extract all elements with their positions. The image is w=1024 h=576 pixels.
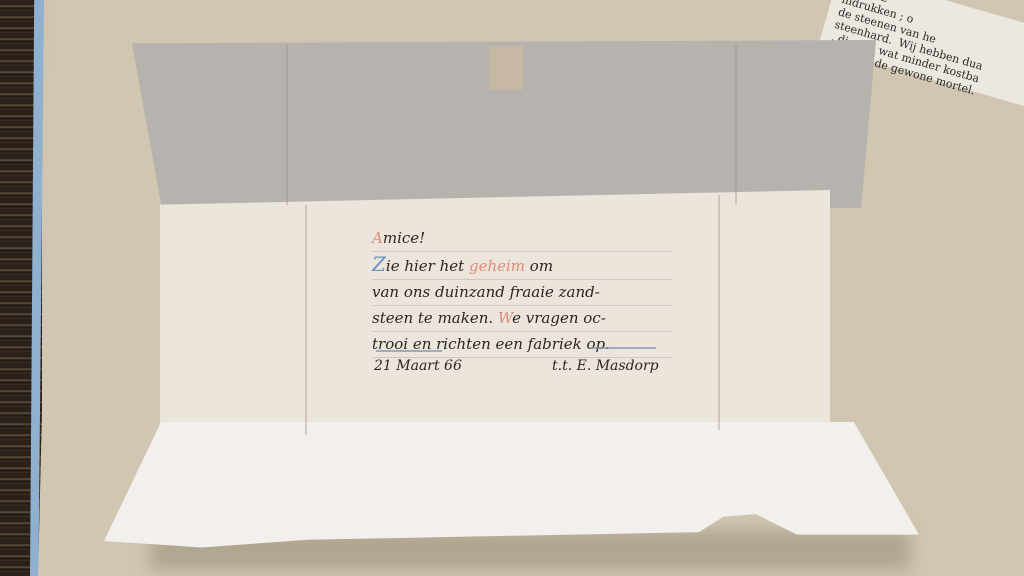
greeting-line: Amice! [372, 226, 672, 252]
handwritten-letter-text: Amice! Zie hier het geheim om van ons du… [372, 226, 672, 358]
decorative-initial: Z [372, 252, 386, 276]
red-initial: W [498, 309, 512, 327]
greeting-text: mice! [383, 229, 425, 247]
letter-line: steen te maken. We vragen oc- [372, 306, 672, 332]
blue-underline-right [590, 347, 656, 349]
letter-line: trooi en richten een fabriek op. [372, 332, 672, 358]
letter-line: van ons duinzand fraaie zand- [372, 280, 672, 306]
fold-crease [735, 45, 737, 205]
red-word: geheim [469, 257, 525, 275]
letter-signature: t.t. E. Masdorp [552, 358, 659, 374]
blue-underline-left [376, 350, 442, 352]
line-text: om [525, 257, 553, 275]
fold-crease [286, 45, 288, 205]
fold-crease [718, 195, 720, 430]
letter-line: Zie hier het geheim om [372, 252, 672, 280]
fold-crease [305, 205, 307, 435]
line-text: e vragen oc- [512, 309, 606, 327]
line-text: van ons duinzand fraaie zand- [372, 283, 600, 301]
greeting-initial: A [372, 229, 383, 247]
line-text: steen te maken. [372, 309, 498, 327]
line-text: ie hier het [386, 257, 469, 275]
letter-date: 21 Maart 66 [374, 358, 462, 374]
adhesive-tape-strip [489, 46, 523, 90]
letter-bottom-flap [104, 422, 919, 550]
